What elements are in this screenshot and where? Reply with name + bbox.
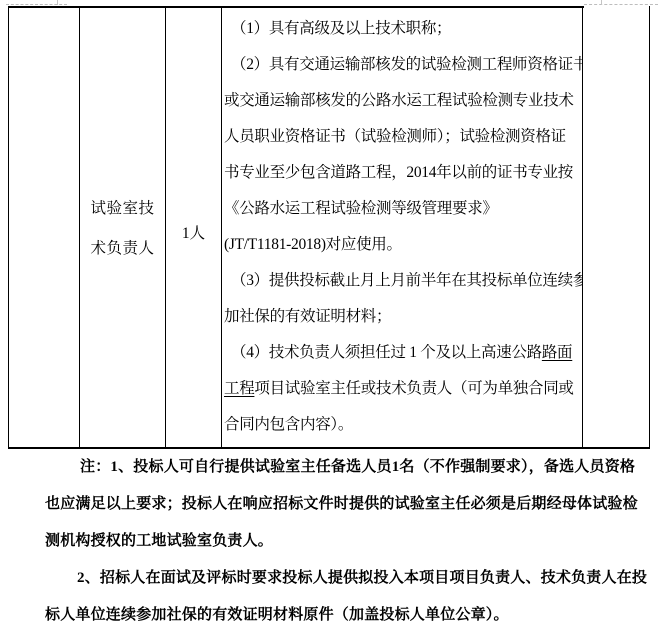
requirement-line: (JT/T1181-2018)对应使用。 [224,227,581,263]
requirements-table: 试验室技 术负责人 1人 （1）具有高级及以上技术职称； （2）具有交通运输部核… [8,6,650,449]
empty-right-cell [583,6,649,447]
requirement-line: 加社保的有效证明材料； [224,299,581,335]
quantity-label: 1人 [182,221,205,243]
requirement-line: 或交通运输部核发的公路水运工程试验检测专业技术 [224,83,581,119]
requirement-line: 书专业至少包含道路工程，2014年以前的证书专业按 [224,155,581,191]
requirement-line: （2）具有交通运输部核发的试验检测工程师资格证书 [224,47,581,83]
requirements-cell: （1）具有高级及以上技术职称； （2）具有交通运输部核发的试验检测工程师资格证书… [222,6,583,447]
note-line: 也应满足以上要求；投标人在响应招标文件时提供的试验室主任必须是后期经母体试验检 [45,486,617,523]
notes-section: 注：1、投标人可自行提供试验室主任备选人员1名（不作强制要求），备选人员资格 也… [45,449,617,632]
position-cell: 试验室技 术负责人 [80,6,166,447]
note-line: 测机构授权的工地试验室负责人。 [45,523,617,560]
note-line: 2、招标人在面试及评标时要求投标人提供拟投入本项目项目负责人、技术负责人在投 [45,560,617,597]
text-boundary-tick-left [57,0,58,5]
quantity-cell: 1人 [166,6,222,447]
position-label-line2: 术负责人 [90,229,154,269]
text-boundary-mark-right [584,4,658,5]
requirement-line: 人员职业资格证书（试验检测师）；试验检测资格证 [224,119,581,155]
requirement-line: 合同内包含内容）。 [224,407,581,443]
document-page: 试验室技 术负责人 1人 （1）具有高级及以上技术职称； （2）具有交通运输部核… [0,0,660,632]
requirement-line: （3）提供投标截止月上月前半年在其投标单位连续参 [224,263,581,299]
position-label-line1: 试验室技 [90,189,154,229]
requirement-line: （4）技术负责人须担任过 1 个及以上高速公路路面 [224,335,581,371]
empty-left-cell [9,6,80,447]
requirement-line: 《公路水运工程试验检测等级管理要求》 [224,191,581,227]
note-line: 标人单位连续参加社保的有效证明材料原件（加盖投标人单位公章）。 [45,597,617,632]
requirement-line: 工程项目试验室主任或技术负责人（可为单独合同或 [224,371,581,407]
requirement-line: （1）具有高级及以上技术职称； [224,11,581,47]
note-line: 注：1、投标人可自行提供试验室主任备选人员1名（不作强制要求），备选人员资格 [45,449,617,486]
text-boundary-tick-right [601,0,602,5]
